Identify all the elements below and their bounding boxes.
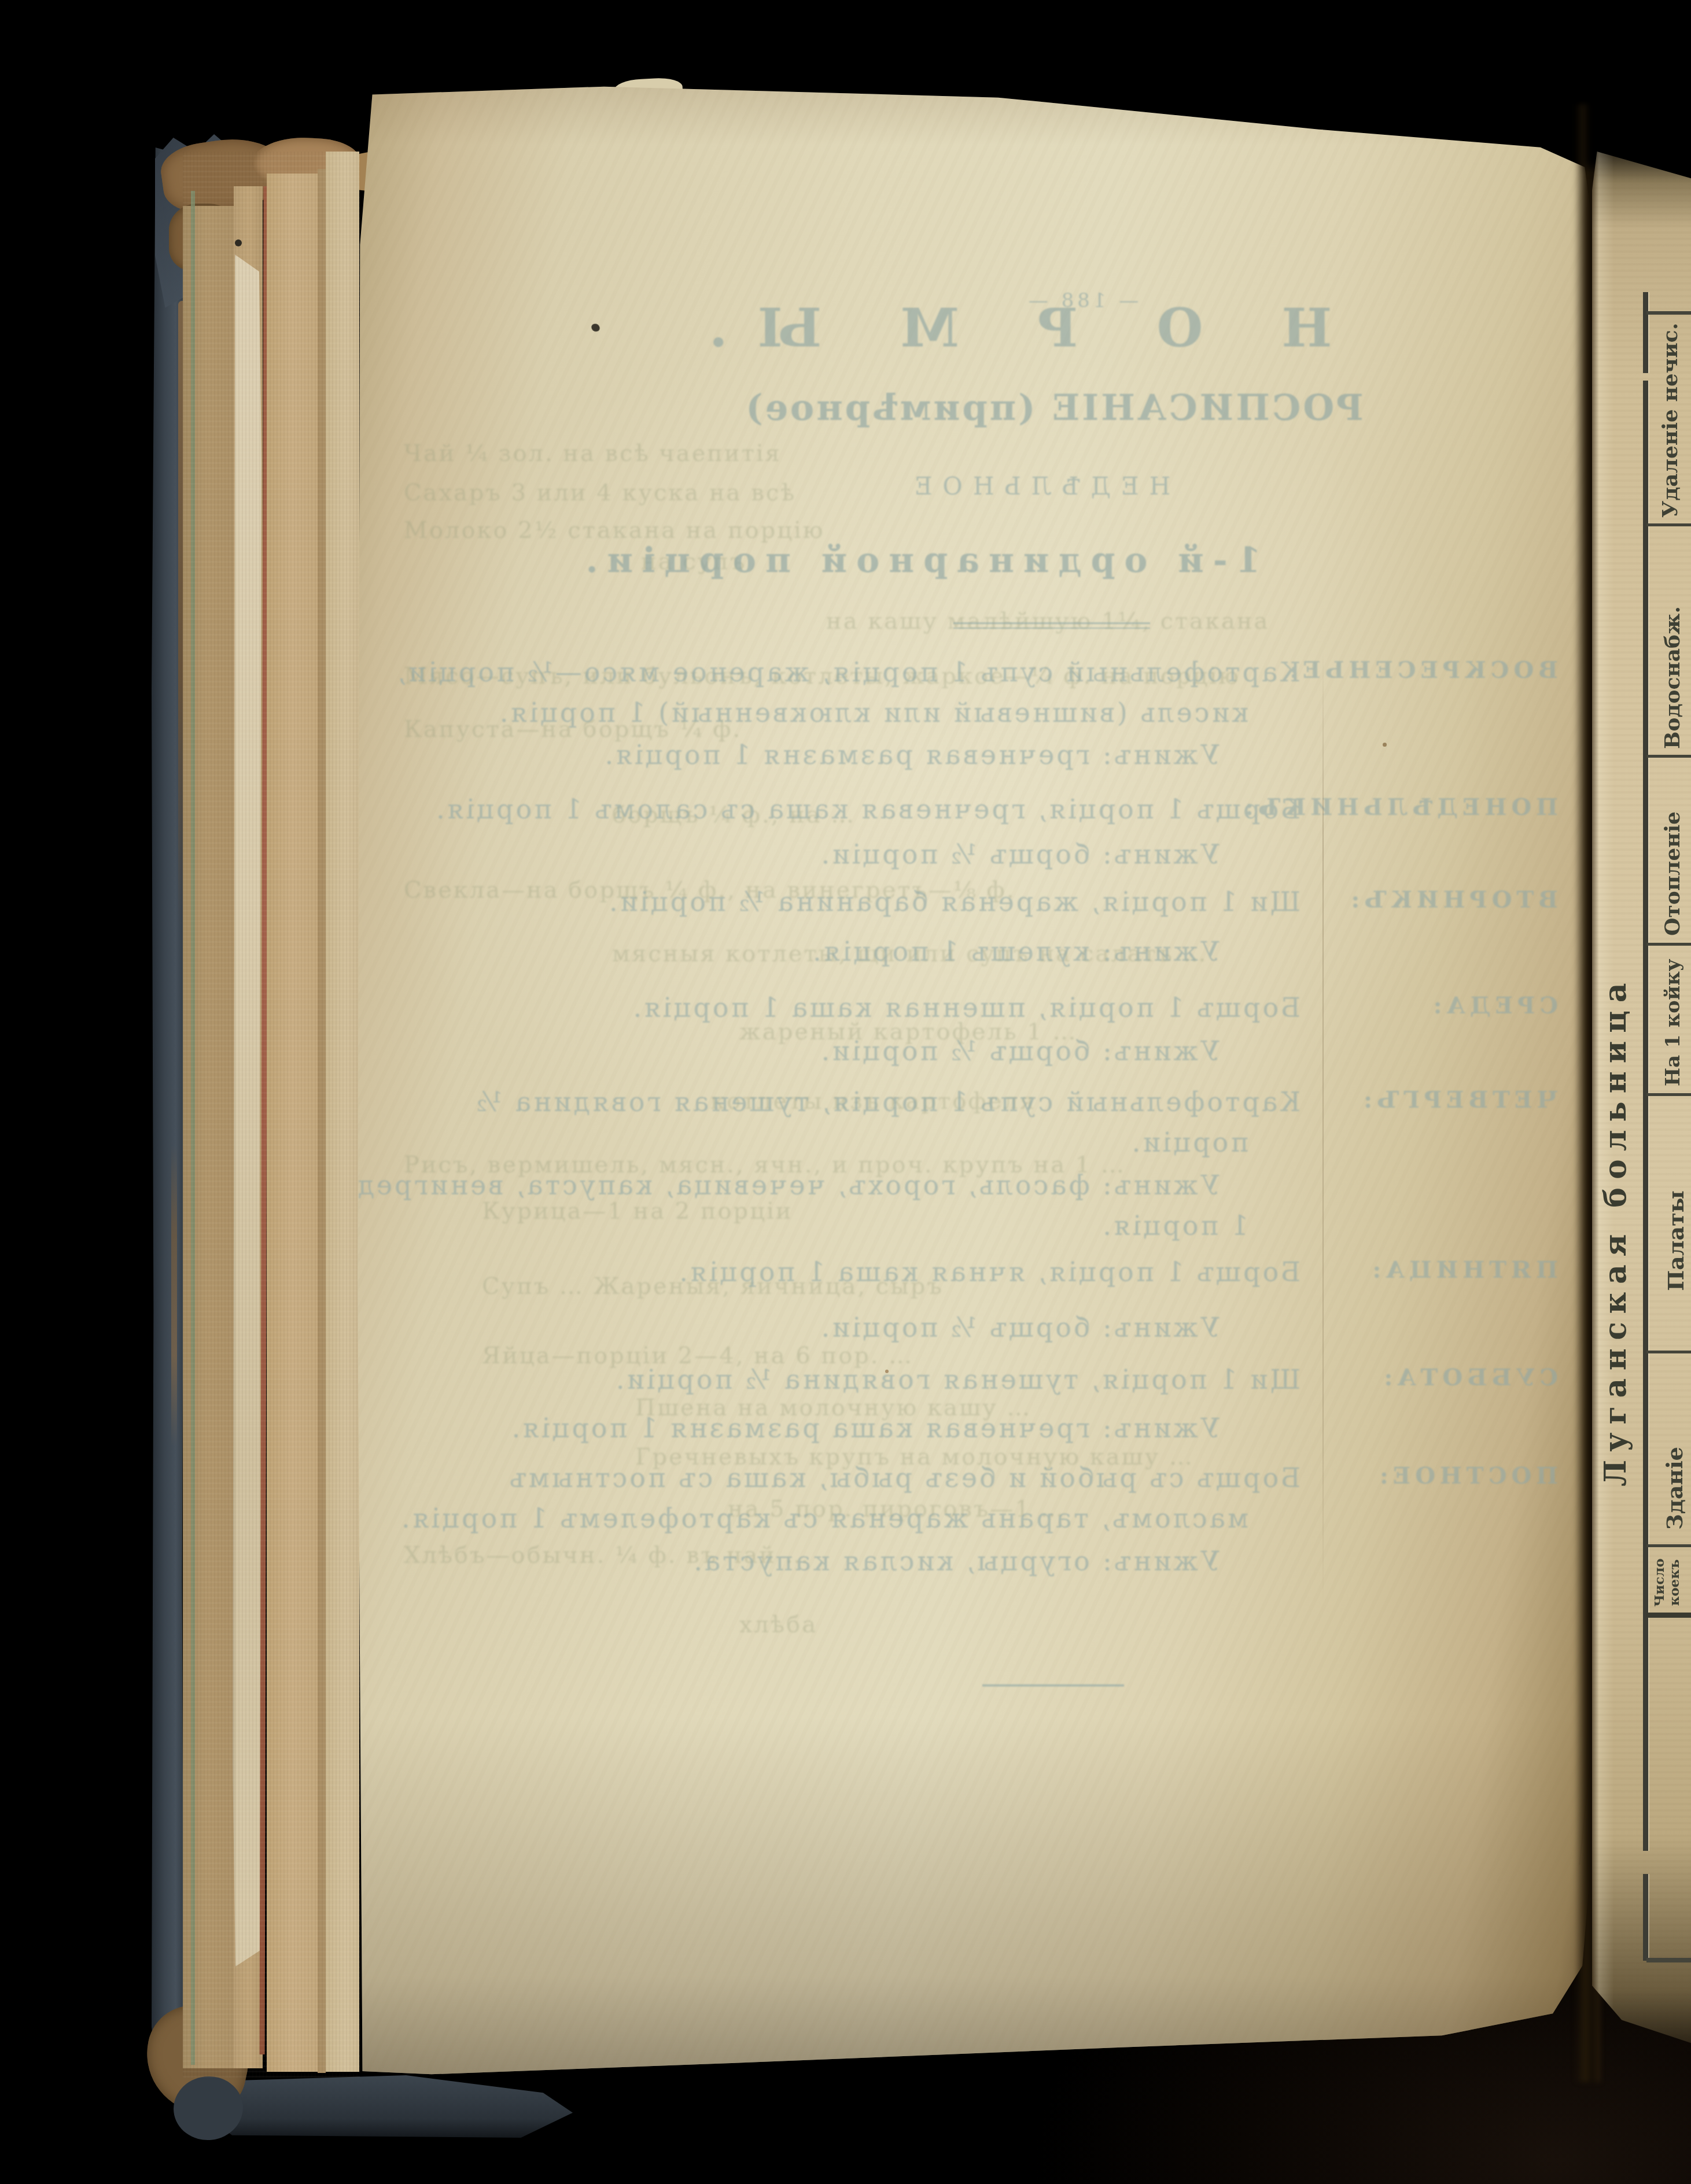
book-cover-bottom-edge [202, 2075, 573, 2138]
next-page-sliver: Луганская больница Удаленіе нечис.Водосн… [1592, 152, 1691, 2066]
table-column-header: На 1 койку [1661, 959, 1685, 1086]
show-through-entry-line: ПОСТНОЕ:Борщъ съ рыбой и безъ рыбы, каша… [358, 1462, 1590, 1497]
show-through-meal-text: Ужинъ: борщъ ½ порціи. [819, 1035, 1220, 1067]
show-through-day-label: ЧЕТВЕРГЪ: [1359, 1086, 1558, 1113]
repair-tape-strip [233, 254, 261, 1967]
show-through-entry-line: ВТОРНИКЪ:Щи 1 порція, жареная баранина ½… [358, 886, 1590, 921]
dust-speck [1383, 743, 1387, 747]
show-through-meal-text: 1 порція. [1100, 1210, 1248, 1241]
beds-label-line2: коекъ [1667, 1558, 1682, 1607]
show-through-meal-text: Ужинъ: огурцы, кислая капуста. [691, 1545, 1220, 1577]
beds-label-line1: Число [1652, 1558, 1667, 1607]
show-through-meal-text: Картофельный супъ 1 порція, жареное мясо… [395, 656, 1301, 688]
table-column-header: Удаленіе нечис. [1658, 323, 1682, 518]
show-through-meal-text: Борщъ 1 порція, пшенная каша 1 порція. [631, 992, 1301, 1023]
cover-fiber [171, 1145, 177, 1446]
show-through-entry-line: Ужинъ: гречневая каша размазня 1 порція. [358, 1412, 1590, 1447]
table-column-beds: Число коекъ [1652, 1558, 1682, 1607]
show-through-meal-text: Ужинъ: борщъ ½ порціи. [819, 839, 1220, 870]
table-column-header: Водоснабж. [1660, 606, 1685, 749]
show-through-entry-line: 1 порція. [358, 1210, 1590, 1245]
page-stack-edge [318, 169, 326, 2073]
table-column-headers: Удаленіе нечис.Водоснабж.ОтопленіеНа 1 к… [1592, 152, 1691, 2066]
mirrored-show-through-layer: — 188 — Н О Р М Ы. РОСПИСАНІЕ (примѣрное… [358, 86, 1590, 2075]
show-through-meal-text: Ужинъ: фасоль, горохъ, чечевица, капуста… [336, 1170, 1220, 1201]
show-through-entry-line: ПЯТНИЦА:Борщъ 1 порція, ячная каша 1 пор… [358, 1256, 1590, 1291]
show-through-entry-line: масломъ, тарань жареная съ картофелемъ 1… [358, 1503, 1590, 1537]
show-through-entry-line: Ужинъ: борщъ ½ порціи. [358, 1312, 1590, 1346]
show-through-meal-text: Ужинъ: кулешъ 1 порція. [810, 936, 1220, 967]
show-through-meal-text: Щи 1 порція, жареная баранина ½ порціи. [607, 886, 1301, 917]
show-through-entry-line: ПОНЕДѢЛЬНИКЪ:Борщъ 1 порція, гречневая к… [358, 794, 1590, 828]
show-through-entry-line: ЧЕТВЕРГЪ:Картофельный супъ 1 порція, туш… [358, 1086, 1590, 1121]
show-through-entry-line: Ужинъ: гречневая размазня 1 порція. [358, 739, 1590, 774]
show-through-meal-text: Ужинъ: гречневая размазня 1 порція. [603, 739, 1220, 770]
page-crease [1322, 652, 1324, 1601]
page-stack-thread [191, 191, 195, 2065]
dust-speck [885, 1370, 889, 1373]
show-through-entry-line: кисель (вишневый или клюквенный) 1 порці… [358, 697, 1590, 732]
show-through-entry-line: СУББОТА:Щи 1 порція, тушеная говядина ½ … [358, 1364, 1590, 1399]
dust-speck [235, 239, 242, 246]
show-through-entry-line: Ужинъ: борщъ ½ порціи. [358, 839, 1590, 873]
show-through-entry-line: Ужинъ: кулешъ 1 порція. [358, 936, 1590, 971]
show-through-meal-text: Щи 1 порція, тушеная говядина ½ порціи. [614, 1364, 1301, 1395]
page-stack-edge [267, 174, 318, 2072]
show-through-meal-text: масломъ, тарань жареная съ картофелемъ 1… [399, 1503, 1248, 1534]
show-through-meal-text: Борщъ 1 порція, гречневая каша съ саломъ… [434, 794, 1301, 825]
show-through-entry-line: ВОСКРЕСЕНЬЕ:Картофельный супъ 1 порція, … [358, 656, 1590, 691]
show-through-meal-text: Ужинъ: гречневая каша размазня 1 порція. [510, 1412, 1220, 1444]
show-through-meal-text: порціи. [1130, 1127, 1248, 1158]
blank-verso-page: Чай ¼ зол. на всѣ чаепитіяСахаръ 3 или 4… [358, 86, 1590, 2075]
show-through-meal-text: Борщъ 1 порція, ячная каша 1 порція. [677, 1256, 1301, 1287]
show-through-entry-line: порціи. [358, 1127, 1590, 1161]
show-through-meal-text: Борщъ съ рыбой и безъ рыбы, каша съ пост… [507, 1462, 1301, 1493]
table-column-header: Палаты [1663, 1190, 1689, 1291]
show-through-entry-line: Ужинъ: борщъ ½ порціи. [358, 1035, 1590, 1070]
show-through-bottom-divider [982, 1684, 1124, 1687]
show-through-day-label: ПОСТНОЕ: [1375, 1462, 1558, 1489]
show-through-meal-text: Картофельный супъ 1 порція, тушеная говя… [474, 1086, 1301, 1117]
show-through-entry-line: Ужинъ: огурцы, кислая капуста. [358, 1545, 1590, 1580]
show-through-day-label: ВОСКРЕСЕНЬЕ: [1285, 656, 1558, 684]
show-through-day-label: ВТОРНИКЪ: [1347, 886, 1559, 913]
show-through-meal-text: кисель (вишневый или клюквенный) 1 порці… [498, 697, 1248, 728]
table-column-header: Зданіе [1661, 1447, 1688, 1530]
table-column-header: Отопленіе [1660, 811, 1685, 936]
show-through-entry-line: СРЕДА:Борщъ 1 порція, пшенная каша 1 пор… [358, 992, 1590, 1027]
show-through-schedule: ВОСКРЕСЕНЬЕ:Картофельный супъ 1 порція, … [358, 86, 1590, 2075]
show-through-day-label: ПЯТНИЦА: [1368, 1256, 1558, 1283]
show-through-meal-text: Ужинъ: борщъ ½ порціи. [819, 1312, 1220, 1343]
show-through-day-label: СРЕДА: [1429, 992, 1558, 1019]
page-stack-edge [326, 152, 359, 2072]
show-through-day-label: СУББОТА: [1379, 1364, 1558, 1391]
book-scan: Чай ¼ зол. на всѣ чаепитіяСахаръ 3 или 4… [0, 0, 1691, 2184]
show-through-entry-line: Ужинъ: фасоль, горохъ, чечевица, капуста… [358, 1170, 1590, 1204]
